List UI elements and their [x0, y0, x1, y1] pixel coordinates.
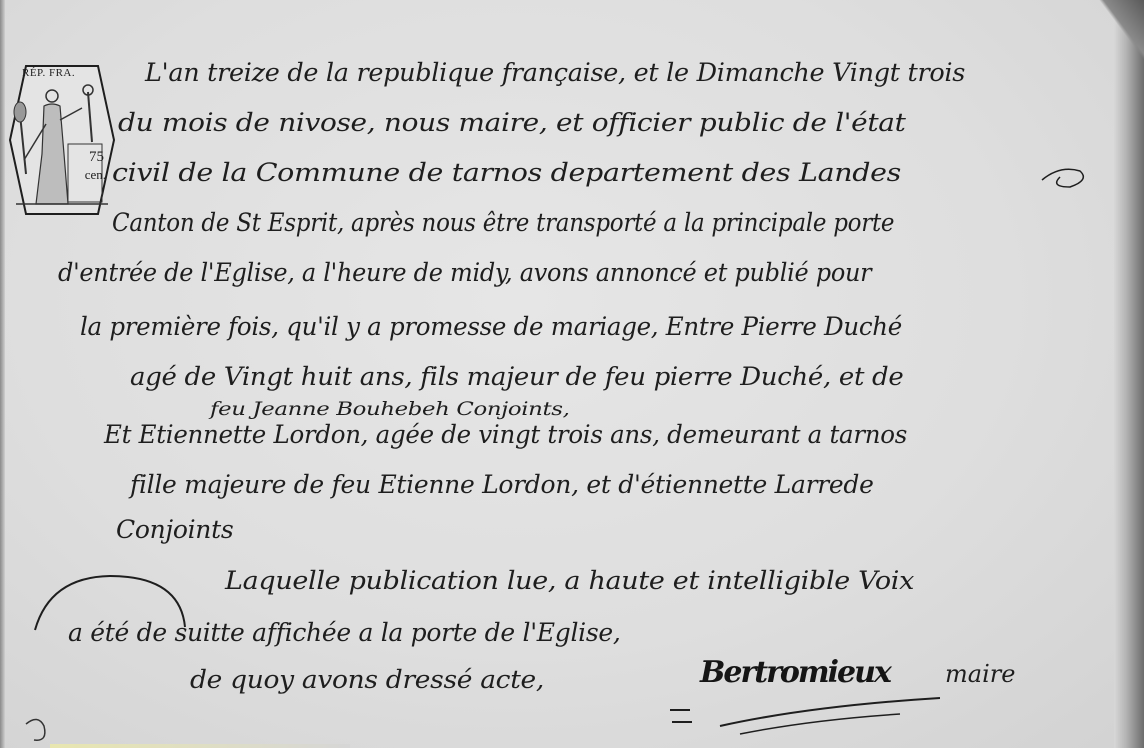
signature-title: maire — [945, 660, 1015, 688]
text-line-6: la première fois, qu'il y a promesse de … — [80, 312, 902, 341]
signature-underline-icon — [660, 690, 940, 740]
document-page: RÉP. FRA. 75 cen. L'an treize de la repu… — [0, 0, 1144, 748]
text-line-9: Et Etiennette Lordon, agée de vingt troi… — [104, 420, 907, 449]
text-line-3: civil de la Commune de tarnos departemen… — [112, 158, 901, 187]
text-line-11: Conjoints — [116, 515, 233, 544]
revenue-stamp: RÉP. FRA. 75 cen. — [8, 64, 116, 216]
text-line-2: du mois de nivose, nous maire, et offici… — [118, 108, 906, 137]
liberty-figure-icon — [8, 64, 116, 216]
text-line-1: L'an treize de la republique française, … — [145, 58, 965, 87]
text-line-12: Laquelle publication lue, a haute et int… — [225, 566, 914, 595]
mayor-signature: Bertromieux — [700, 655, 890, 690]
text-line-14: de quoy avons dressé acte, — [190, 665, 544, 694]
page-left-edge — [0, 0, 5, 748]
text-line-4: Canton de St Esprit, après nous être tra… — [112, 208, 894, 237]
text-line-10: fille majeure de feu Etienne Lordon, et … — [130, 470, 874, 499]
page-bottom-strip — [50, 744, 350, 748]
stamp-value: 75 — [89, 150, 104, 165]
text-line-7: agé de Vingt huit ans, fils majeur de fe… — [130, 362, 903, 391]
flourish-arc-icon — [30, 572, 190, 632]
stamp-unit: cen. — [85, 168, 106, 181]
page-right-edge — [1114, 0, 1144, 748]
flourish-loop-icon — [20, 712, 60, 748]
text-line-8: feu Jeanne Bouhebeh Conjoints, — [210, 398, 570, 420]
flourish-loop-icon — [1040, 165, 1090, 195]
stamp-republic-label: RÉP. FRA. — [22, 68, 75, 79]
page-corner-fold — [1099, 0, 1144, 60]
text-line-5: d'entrée de l'Eglise, a l'heure de midy,… — [58, 258, 871, 287]
